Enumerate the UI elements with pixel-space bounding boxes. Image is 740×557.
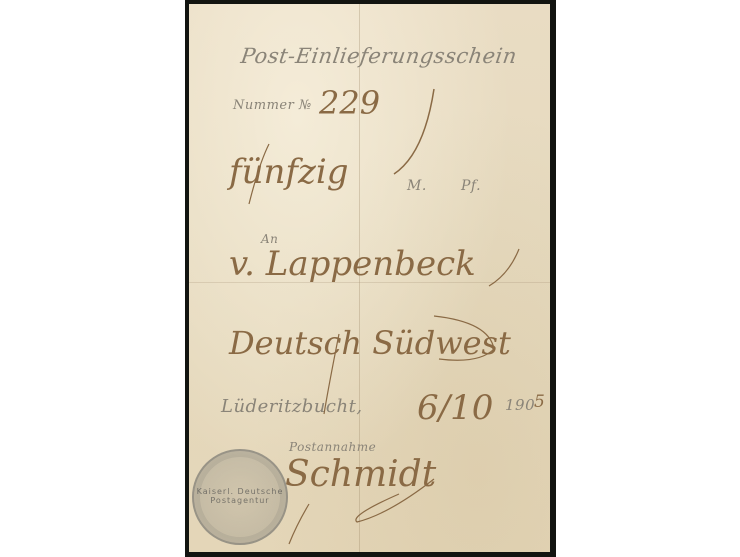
seal-text: Kaiserl. Deutsche Postagentur bbox=[194, 487, 286, 505]
document-paper: Post-Einlieferungsschein Nummer № 229 fü… bbox=[189, 4, 550, 552]
official-seal-stamp: Kaiserl. Deutsche Postagentur bbox=[192, 449, 288, 545]
